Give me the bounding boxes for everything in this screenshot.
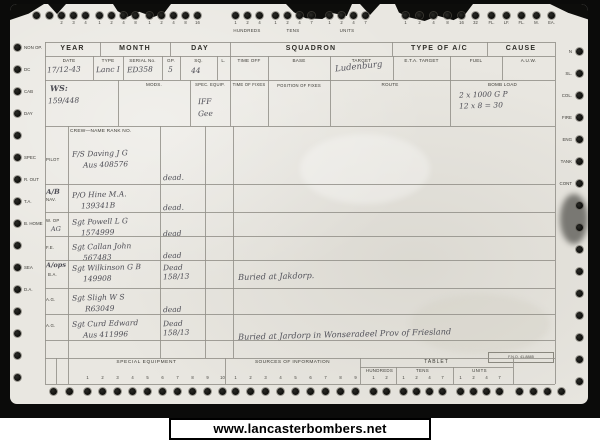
watermark-box: www.lancasterbombers.net	[169, 418, 430, 440]
punch-hole	[14, 132, 21, 139]
grid-line	[190, 80, 191, 126]
grid-line	[45, 42, 46, 384]
label-gp: GP.	[162, 58, 180, 64]
punch-hole	[558, 388, 565, 395]
scan-background: YEAR MONTH DAY SQUADRON TYPE OF A/C CAUS…	[0, 0, 600, 418]
grid-line	[45, 42, 555, 43]
punch-hole	[189, 388, 196, 395]
punch-hole	[326, 12, 333, 19]
punch-hole	[576, 48, 583, 55]
crew-role: A.G.	[46, 297, 66, 302]
value-bomb-load-1: 2 x 1000 G P	[459, 89, 508, 99]
edge-label: B. HOME	[24, 221, 60, 226]
punch-hole	[272, 12, 279, 19]
label-auw: A.U.W.	[502, 58, 555, 64]
crew-status: Dead	[163, 263, 183, 273]
grid-line	[450, 56, 451, 126]
punch-hole	[518, 12, 525, 19]
grid-line	[160, 126, 161, 358]
crew-name: F/S Daving J G	[72, 148, 128, 158]
value-ref2: 159/448	[48, 96, 79, 106]
label-route: ROUTE	[330, 82, 450, 88]
scale-number: 2	[410, 375, 423, 380]
punch-hole	[576, 136, 583, 143]
crew-name: P/O Hine M.A.	[72, 189, 127, 199]
grid-line	[180, 56, 181, 80]
grid-line	[56, 358, 57, 384]
punch-hole	[444, 12, 451, 19]
grid-line	[93, 56, 94, 80]
punch-hole	[84, 388, 91, 395]
label-fuel: FUEL	[450, 58, 502, 64]
punch-hole	[576, 70, 583, 77]
label-sq: SQ.	[180, 58, 217, 64]
punch-hole	[416, 12, 423, 19]
punch-hole	[576, 378, 583, 385]
grid-line	[360, 367, 513, 368]
punch-hole	[383, 388, 390, 395]
punch-hole	[576, 356, 583, 363]
edge-label: FIRE	[530, 115, 572, 120]
scale-number: 4	[126, 375, 139, 380]
grid-line	[68, 358, 69, 384]
grid-line	[225, 358, 226, 384]
scale-number: 7	[436, 375, 449, 380]
grid-line	[393, 56, 394, 80]
punch-hole	[400, 388, 407, 395]
grid-line	[162, 56, 163, 80]
punch-hole	[439, 388, 446, 395]
scale-number: 6	[156, 375, 169, 380]
punch-hole	[114, 388, 121, 395]
watermark-url: www.lancasterbombers.net	[213, 421, 386, 436]
punch-hole	[120, 12, 127, 19]
punch-hole	[244, 12, 251, 19]
edge-label: CAB	[24, 89, 60, 94]
punch-hole	[530, 388, 537, 395]
grid-line	[233, 126, 234, 358]
punch-hole	[488, 12, 495, 19]
punch-hole	[50, 388, 57, 395]
punch-hole	[262, 388, 269, 395]
label-eta-target: E.T.A. TARGET	[393, 58, 450, 64]
punch-hole	[129, 388, 136, 395]
edge-label: DC	[24, 67, 60, 72]
punch-hole	[576, 180, 583, 187]
scale-number: 6	[304, 375, 317, 380]
value-type: Lanc I	[96, 65, 120, 75]
scale-number: 8	[334, 375, 347, 380]
edge-label: T.A.	[24, 199, 60, 204]
edge-label: SL.	[530, 71, 572, 76]
punch-hole	[458, 12, 465, 19]
punch-hole	[548, 12, 555, 19]
scale-number: FL.	[485, 20, 498, 25]
punch-hole	[256, 12, 263, 19]
punch-hole	[402, 12, 409, 19]
punch-hole	[144, 388, 151, 395]
scale-number: 2	[413, 20, 426, 25]
punch-hole	[284, 12, 291, 19]
punch-hole	[58, 12, 65, 19]
grid-line	[45, 288, 555, 289]
scale-number: 16	[455, 20, 468, 25]
grid-line	[502, 56, 503, 80]
value-serial: ED358	[127, 65, 153, 75]
crew-name: Sgt Powell L G	[72, 216, 128, 226]
grid-line	[45, 212, 555, 213]
scale-number: 5	[141, 375, 154, 380]
scale-number: 7	[493, 375, 506, 380]
punch-hole	[483, 388, 490, 395]
scale-number: 7	[171, 375, 184, 380]
watermark-bar: www.lancasterbombers.net	[0, 418, 600, 440]
punch-hole	[33, 12, 40, 19]
grid-line	[392, 42, 393, 56]
punch-hole	[350, 12, 357, 19]
scale-number: 8	[441, 20, 454, 25]
punch-hole	[159, 388, 166, 395]
punch-hole	[14, 308, 21, 315]
label-spec-equip: SPEC. EQUIP.	[190, 82, 230, 87]
value-spec-equip-1: IFF	[198, 97, 212, 106]
header-month: MONTH	[100, 45, 170, 52]
punch-hole	[576, 312, 583, 319]
edge-label: ENG	[530, 137, 572, 142]
grid-line	[396, 367, 397, 384]
crew-header: CREW—NAME RANK NO.	[70, 129, 162, 135]
punch-hole	[307, 388, 314, 395]
header-day: DAY	[170, 45, 230, 52]
scale-number: 4	[274, 375, 287, 380]
punch-hole	[576, 202, 583, 209]
grid-line	[217, 56, 218, 80]
punch-hole	[576, 92, 583, 99]
punch-hole	[14, 198, 21, 205]
punch-hole	[182, 12, 189, 19]
scale-number: 4	[253, 20, 266, 25]
scale-group-label: HUNDREDS	[221, 28, 273, 33]
header-type-of-ac: TYPE OF A/C	[392, 45, 487, 52]
grid-line	[45, 260, 555, 261]
scale-number: 8	[129, 20, 142, 25]
scale-number: 2	[467, 375, 480, 380]
scale-number: 1	[229, 375, 242, 380]
punch-hole	[14, 88, 21, 95]
crew-number: Aus 411996	[83, 329, 128, 339]
punch-hole	[496, 388, 503, 395]
scale-number: 1	[367, 375, 380, 380]
grid-line	[123, 56, 124, 80]
grid-line	[45, 184, 555, 185]
value-sq: 44	[191, 66, 201, 75]
punch-hole	[308, 12, 315, 19]
crew-status: dead.	[163, 203, 184, 213]
grid-line	[45, 340, 555, 341]
scale-number: 10	[216, 375, 229, 380]
punch-hole	[232, 388, 239, 395]
punch-hole	[296, 12, 303, 19]
punch-hole	[576, 158, 583, 165]
punch-hole	[14, 352, 21, 359]
scale-group-label: UNITS	[321, 28, 373, 33]
scale-number: 7	[319, 375, 332, 380]
edge-label: SEA	[24, 265, 60, 270]
scale-group-label: UNITS	[454, 368, 506, 373]
crew-name: Sgt Wilkinson G B	[72, 262, 141, 273]
crew-role: F.E.	[46, 245, 66, 250]
punch-hole	[576, 224, 583, 231]
scale-group-label: TENS	[397, 368, 449, 373]
grid-line	[170, 42, 171, 56]
punch-hole	[194, 12, 201, 19]
punch-hole	[426, 388, 433, 395]
crew-role: B.A.	[48, 272, 68, 277]
grid-line	[45, 236, 555, 237]
label-serial: SERIAL No.	[123, 58, 162, 64]
crew-role-note: A/B	[46, 187, 60, 196]
grid-line	[360, 358, 361, 384]
edge-label: TANK	[530, 159, 572, 164]
label-type: TYPE	[93, 58, 123, 64]
scale-number: EA.	[545, 20, 558, 25]
scale-number: 4	[423, 375, 436, 380]
crew-status-detail: 158/13	[163, 328, 190, 338]
crew-role-note: AG	[51, 225, 61, 233]
punch-hole	[232, 12, 239, 19]
edge-label: NON OP.	[24, 45, 60, 50]
crew-number: 149908	[83, 274, 112, 284]
punch-hole	[14, 374, 21, 381]
scale-number: 4	[427, 20, 440, 25]
punch-hole	[14, 264, 21, 271]
punch-hole	[576, 114, 583, 121]
punch-hole	[14, 242, 21, 249]
label-position-of-fixes: POSITION OF FIXES	[268, 83, 330, 88]
grid-line	[453, 367, 454, 384]
punch-hole	[158, 12, 165, 19]
scale-number: 1	[399, 20, 412, 25]
punch-hole	[219, 388, 226, 395]
scan-smudge	[560, 194, 588, 244]
punch-hole	[576, 268, 583, 275]
punch-hole	[413, 388, 420, 395]
value-bomb-load-2: 12 x 8 = 30	[459, 100, 503, 110]
punch-hole	[96, 12, 103, 19]
punch-hole	[322, 388, 329, 395]
grid-line	[330, 56, 331, 126]
punch-hole	[99, 388, 106, 395]
punch-hole	[352, 388, 359, 395]
punch-hole	[14, 330, 21, 337]
value-gp: 5	[168, 65, 173, 74]
label-time-of-fixes: TIME OF FIXES	[232, 82, 266, 87]
punch-hole	[204, 388, 211, 395]
label-special-equipment: SPECIAL EQUIPMENT	[68, 360, 225, 366]
edge-label: COL.	[530, 93, 572, 98]
punch-hole	[370, 388, 377, 395]
punch-hole	[66, 388, 73, 395]
label-time-off: TIME OFF	[230, 58, 268, 64]
label-l: L.	[217, 58, 230, 64]
edge-label: N	[530, 49, 572, 54]
punch-hole	[576, 246, 583, 253]
screenshot-root: YEAR MONTH DAY SQUADRON TYPE OF A/C CAUS…	[0, 0, 600, 440]
punch-hole	[14, 220, 21, 227]
record-card: YEAR MONTH DAY SQUADRON TYPE OF A/C CAUS…	[10, 4, 588, 404]
scale-number: 7	[359, 20, 372, 25]
label-bomb-load: BOMB LOAD	[450, 82, 555, 88]
punch-hole	[292, 388, 299, 395]
scale-group-label: TENS	[267, 28, 319, 33]
grid-line	[100, 42, 101, 56]
punch-hole	[14, 154, 21, 161]
scale-number: 1	[397, 375, 410, 380]
punch-hole	[108, 12, 115, 19]
label-date: DATE	[45, 58, 93, 64]
punch-hole	[46, 12, 53, 19]
punch-hole	[14, 286, 21, 293]
punch-hole	[14, 44, 21, 51]
scale-number: 32	[469, 20, 482, 25]
punch-hole	[362, 12, 369, 19]
grid-line	[45, 384, 555, 385]
punch-hole	[70, 12, 77, 19]
punch-hole	[457, 388, 464, 395]
value-spec-equip-2: Gee	[198, 109, 213, 118]
scale-number: 9	[201, 375, 214, 380]
paper-stain	[300, 134, 430, 204]
punch-hole	[146, 12, 153, 19]
scale-number: 7	[305, 20, 318, 25]
scale-number: 2	[96, 375, 109, 380]
punch-hole	[503, 12, 510, 19]
edge-label: DAY	[24, 111, 60, 116]
grid-line	[45, 358, 555, 359]
grid-line	[555, 42, 556, 384]
paper-stain	[410, 294, 550, 354]
crew-number: R63049	[85, 304, 115, 314]
punch-hole	[544, 388, 551, 395]
scale-number: 3	[111, 375, 124, 380]
punch-hole	[472, 12, 479, 19]
punch-hole	[14, 110, 21, 117]
punch-hole	[430, 12, 437, 19]
label-sources-of-information: SOURCES OF INFORMATION	[225, 360, 360, 366]
scale-number: 1	[81, 375, 94, 380]
punch-hole	[170, 12, 177, 19]
scale-number: 16	[191, 20, 204, 25]
punch-hole	[533, 12, 540, 19]
crew-status: Dead	[163, 319, 183, 329]
punch-hole	[576, 334, 583, 341]
grid-line	[205, 126, 206, 358]
grid-line	[45, 314, 555, 315]
punch-hole	[82, 12, 89, 19]
scale-number: 5	[289, 375, 302, 380]
grid-line	[68, 126, 69, 358]
grid-line	[268, 56, 269, 126]
crew-name: Sgt Sligh W S	[72, 292, 125, 302]
grid-line	[45, 56, 555, 57]
scale-number: 2	[244, 375, 257, 380]
punch-hole	[174, 388, 181, 395]
punch-hole	[247, 388, 254, 395]
scale-number: FL.	[515, 20, 528, 25]
crew-name: Sgt Curd Edward	[72, 318, 138, 329]
scale-number: 4	[79, 20, 92, 25]
punch-hole	[337, 388, 344, 395]
scale-number: 2	[380, 375, 393, 380]
crew-name: Sgt Callan John	[72, 241, 131, 252]
grid-line	[230, 42, 231, 126]
label-base: BASE	[268, 58, 330, 64]
punch-hole	[470, 388, 477, 395]
punch-hole	[338, 12, 345, 19]
scale-number: LF.	[500, 20, 513, 25]
punch-hole	[14, 66, 21, 73]
punch-hole	[14, 176, 21, 183]
scale-number: 1	[454, 375, 467, 380]
crew-status: dead	[163, 305, 182, 314]
grid-line	[487, 42, 488, 56]
grid-line	[45, 126, 555, 127]
grid-line	[45, 80, 555, 81]
edge-notch	[550, 4, 588, 20]
scale-number: 3	[259, 375, 272, 380]
punch-hole	[132, 12, 139, 19]
crew-status: dead	[163, 251, 182, 260]
grid-line	[513, 358, 514, 384]
edge-label: SPEC	[24, 155, 60, 160]
crew-number: Aus 408576	[83, 159, 128, 169]
edge-label: R. OUT	[24, 177, 60, 182]
scale-number: 8	[186, 375, 199, 380]
grid-line	[118, 80, 119, 126]
punch-hole	[516, 388, 523, 395]
scale-number: 4	[480, 375, 493, 380]
scale-number: M.	[530, 20, 543, 25]
label-mods: MODS.	[118, 82, 190, 88]
header-squadron: SQUADRON	[230, 45, 392, 52]
punch-hole	[277, 388, 284, 395]
crew-role: A.G.	[46, 323, 66, 328]
crew-number: 139341B	[81, 201, 115, 211]
crew-status-detail: 158/13	[163, 272, 190, 282]
punch-hole	[576, 290, 583, 297]
crew-burial-note: Buried at Jakdorp.	[238, 270, 315, 282]
crew-status: dead.	[163, 173, 184, 183]
